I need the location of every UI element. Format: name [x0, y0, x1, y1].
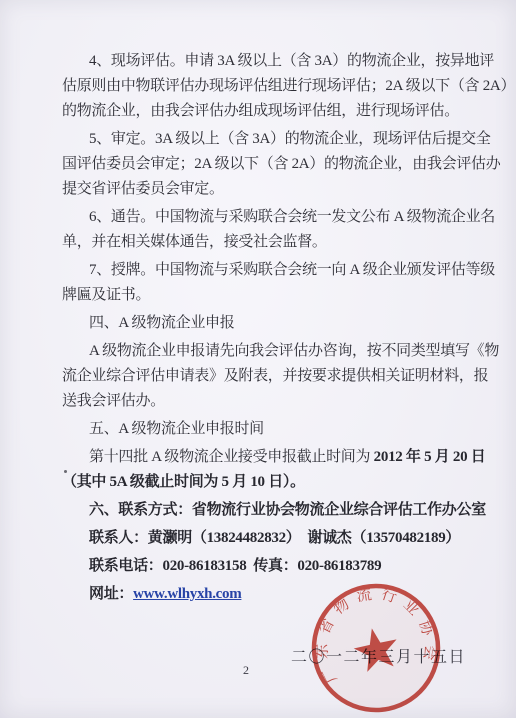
- contact-phone-fax-line: 联系电话：020-86183158 传真：020-86183789: [62, 554, 464, 579]
- deadline-note-line: （其中 5A 级截止时间为 5 月 10 日）。: [62, 470, 464, 495]
- para-approval-line-3: 提交省评估委员会审定。: [62, 177, 464, 202]
- para-plaque-line-2: 牌匾及证书。: [62, 283, 464, 308]
- document-body: 4、现场评估。申请 3A 级以上（含 3A）的物流企业，按异地评 估原则由中物联…: [62, 46, 464, 607]
- para-approval-line-2: 国评估委员会审定；2A 级以下（含 2A）的物流企业，由我会评估办: [62, 152, 464, 177]
- deadline-text: 第十四批 A 级物流企业接受申报截止时间为: [89, 449, 374, 465]
- contact-persons-line: 联系人：黄灏明（13824482832） 谢诚杰（13570482189）: [62, 526, 464, 551]
- para-site-evaluation-line-1: 4、现场评估。申请 3A 级以上（含 3A）的物流企业，按异地评: [62, 49, 464, 74]
- association-seal-stamp: 广东省物流行业协会: [294, 578, 458, 718]
- para-application-line-1: A 级物流企业申报请先向我会评估办咨询，按不同类型填写《物: [62, 339, 464, 364]
- para-plaque-line-1: 7、授牌。中国物流与采购联合会统一向 A 级企业颁发评估等级: [62, 258, 464, 283]
- section-heading-deadline: 五、A 级物流企业申报时间: [62, 417, 464, 442]
- scan-artifact-dot: [64, 470, 67, 473]
- deadline-line: 第十四批 A 级物流企业接受申报截止时间为 2012 年 5 月 20 日: [62, 445, 464, 470]
- scanned-document-page: 4、现场评估。申请 3A 级以上（含 3A）的物流企业，按异地评 估原则由中物联…: [0, 0, 516, 718]
- section-heading-contact: 六、联系方式：省物流行业协会物流企业综合评估工作办公室: [62, 498, 464, 523]
- para-application-line-2: 流企业综合评估申请表》及附表，并按要求提供相关证明材料，报: [62, 364, 464, 389]
- section-heading-application: 四、A 级物流企业申报: [62, 311, 464, 336]
- website-label: 网址：: [89, 586, 133, 602]
- website-link[interactable]: www.wlhyxh.com: [133, 586, 241, 602]
- para-announcement-line-1: 6、通告。中国物流与采购联合会统一发文公布 A 级物流企业名: [62, 205, 464, 230]
- para-site-evaluation-line-3: 的物流企业，由我会评估办组成现场评估组，进行现场评估。: [62, 99, 464, 124]
- para-application-line-3: 送我会评估办。: [62, 389, 464, 414]
- para-announcement-line-2: 单，并在相关媒体通告，接受社会监督。: [62, 230, 464, 255]
- para-site-evaluation-line-2: 估原则由中物联评估办现场评估组进行现场评估；2A 级以下（含 2A）: [62, 74, 464, 99]
- deadline-date-bold: 2012 年 5 月 20 日: [374, 449, 486, 465]
- page-number: 2: [243, 663, 249, 678]
- para-approval-line-1: 5、审定。3A 级以上（含 3A）的物流企业，现场评估后提交全: [62, 127, 464, 152]
